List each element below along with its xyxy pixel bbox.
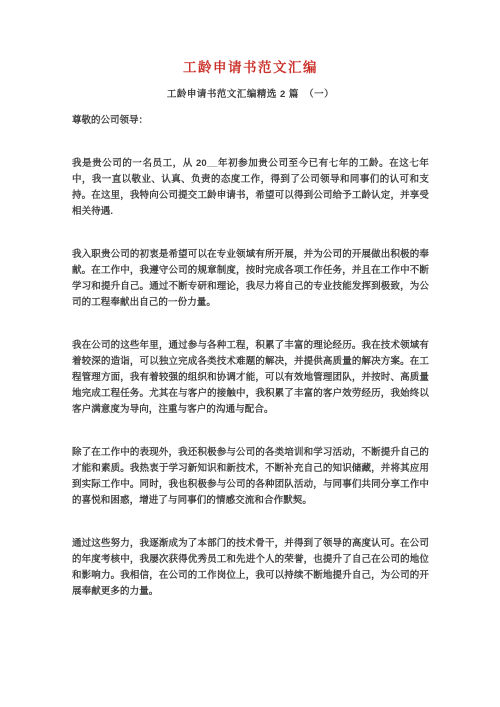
- paragraph-3: 我在公司的这些年里，通过参与各种工程，积累了丰富的理论经历。我在技术领域有着较深…: [72, 338, 429, 418]
- paragraph-5: 通过这些努力，我逐渐成为了本部门的技术骨干，并得到了领导的高度认可。在公司的年度…: [72, 536, 429, 600]
- paragraph-4: 除了在工作中的表现外，我还积极参与公司的各类培训和学习活动，不断提升自己的才能和…: [72, 445, 429, 509]
- document-title: 工龄申请书范文汇编: [72, 58, 429, 78]
- paragraph-1: 我是贵公司的一名员工，从 20__年初参加贵公司至今已有七年的工龄。在这七年中，…: [72, 156, 429, 220]
- paragraph-2: 我入职贵公司的初衷是希望可以在专业领域有所开展，并为公司的开展做出积极的奉献。在…: [72, 247, 429, 311]
- document-subtitle: 工龄申请书范文汇编精选 2 篇 （一）: [72, 87, 429, 103]
- document-page: 工龄申请书范文汇编 工龄申请书范文汇编精选 2 篇 （一） 尊敬的公司领导： 我…: [0, 0, 500, 707]
- salutation-line: 尊敬的公司领导：: [72, 113, 429, 129]
- document-content: 工龄申请书范文汇编 工龄申请书范文汇编精选 2 篇 （一） 尊敬的公司领导： 我…: [72, 0, 429, 600]
